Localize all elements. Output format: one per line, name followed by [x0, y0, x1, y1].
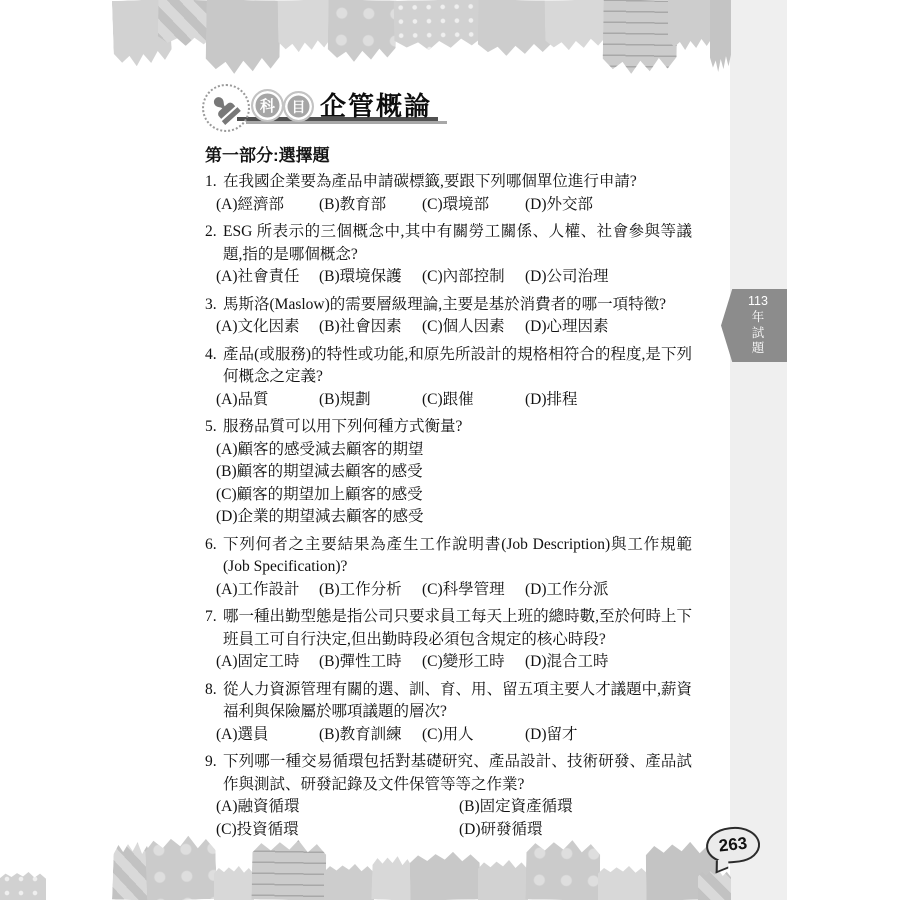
question-text: 服務品質可以用下列何種方式衡量? — [223, 418, 462, 435]
option: (D)心理因素 — [525, 316, 692, 339]
option-row: (A)顧客的感受減去顧客的期望(B)顧客的期望減去顧客的感受(C)顧客的期望加上… — [216, 439, 692, 529]
page-title: 企管概論 — [320, 86, 432, 123]
question-text: 下列何者之主要結果為產生工作說明書(Job Description)與工作規範(… — [223, 536, 692, 576]
tape-strip — [394, 0, 483, 51]
tape-strip — [278, 0, 331, 52]
question-text: ESG 所表示的三個概念中,其中有關勞工關係、人權、社會參與等議題,指的是哪個概… — [223, 223, 692, 263]
question-body: 馬斯洛(Maslow)的需要層級理論,主要是基於消費者的哪一項特徵? (A)文化… — [220, 294, 692, 339]
option: (C)內部控制 — [422, 266, 525, 289]
tape-strip — [525, 839, 600, 900]
option: (C)個人因素 — [422, 316, 525, 339]
tape-strip — [598, 866, 648, 900]
tape-strip — [371, 855, 413, 900]
option: (D)公司治理 — [525, 266, 692, 289]
question-body: 哪一種出勤型態是指公司只要求員工每天上班的總時數,至於何時上下班員工可自行決定,… — [220, 606, 692, 674]
option-row: (A)固定工時(B)彈性工時(C)變形工時(D)混合工時 — [216, 651, 692, 674]
tape-strip — [410, 851, 481, 900]
option: (A)顧客的感受減去顧客的期望 — [216, 439, 692, 462]
page-edge-band — [730, 0, 787, 900]
question-text: 在我國企業要為產品申請碳標籤,要跟下列哪個單位進行申請? — [223, 173, 637, 190]
question-text: 哪一種出勤型態是指公司只要求員工每天上班的總時數,至於何時上下班員工可自行決定,… — [223, 608, 692, 648]
tape-strip — [602, 0, 677, 75]
option-row: (A)工作設計(B)工作分析(C)科學管理(D)工作分派 — [216, 579, 692, 602]
option: (A)文化因素 — [216, 316, 319, 339]
option-row: (A)選員(B)教育訓練(C)用人(D)留才 — [216, 724, 692, 747]
option: (A)社會責任 — [216, 266, 319, 289]
option: (C)用人 — [422, 724, 525, 747]
exam-page: 科 目 企管概論 第一部分:選擇題 1. 在我國企業要為產品申請碳標籤,要跟下列… — [0, 0, 900, 900]
question-body: ESG 所表示的三個概念中,其中有關勞工關係、人權、社會參與等議題,指的是哪個概… — [220, 221, 692, 289]
option-row: (A)品質(B)規劃(C)跟催(D)排程 — [216, 389, 692, 412]
question-body: 從人力資源管理有關的選、訓、育、用、留五項主要人才議題中,薪資福利與保險屬於哪項… — [220, 679, 692, 747]
option: (B)固定資產循環 — [459, 796, 692, 819]
question-row: 6. 下列何者之主要結果為產生工作說明書(Job Description)與工作… — [205, 534, 692, 602]
question-row: 7. 哪一種出勤型態是指公司只要求員工每天上班的總時數,至於何時上下班員工可自行… — [205, 606, 692, 674]
option: (B)規劃 — [319, 389, 422, 412]
option: (D)混合工時 — [525, 651, 692, 674]
question-row: 2. ESG 所表示的三個概念中,其中有關勞工關係、人權、社會參與等議題,指的是… — [205, 221, 692, 289]
option: (B)彈性工時 — [319, 651, 422, 674]
option-row: (A)融資循環(B)固定資產循環(C)投資循環(D)研發循環 — [216, 796, 692, 841]
question-text: 馬斯洛(Maslow)的需要層級理論,主要是基於消費者的哪一項特徵? — [223, 296, 666, 313]
question-text: 下列哪一種交易循環包括對基礎研究、產品設計、技術研發、產品試作與測試、研發記錄及… — [223, 753, 692, 793]
tape-strip — [327, 0, 396, 63]
question-row: 9. 下列哪一種交易循環包括對基礎研究、產品設計、技術研發、產品試作與測試、研發… — [205, 751, 692, 841]
subject-badge: 目 — [283, 91, 314, 122]
tape-strip — [710, 0, 731, 72]
stamp-icon — [202, 84, 250, 132]
question-text: 從人力資源管理有關的選、訓、育、用、留五項主要人才議題中,薪資福利與保險屬於哪項… — [223, 681, 692, 721]
option: (C)環境部 — [422, 194, 525, 217]
option: (B)教育訓練 — [319, 724, 422, 747]
option: (B)環境保護 — [319, 266, 422, 289]
option: (B)顧客的期望減去顧客的感受 — [216, 461, 692, 484]
tape-strip — [214, 866, 254, 900]
question-body: 在我國企業要為產品申請碳標籤,要跟下列哪個單位進行申請? (A)經濟部(B)教育… — [220, 171, 692, 216]
tape-strip — [478, 0, 553, 57]
section-title: 第一部分:選擇題 — [205, 141, 330, 166]
option: (B)工作分析 — [319, 579, 422, 602]
option: (C)科學管理 — [422, 579, 525, 602]
year-tab-number: 113 — [748, 294, 768, 310]
question-row: 8. 從人力資源管理有關的選、訓、育、用、留五項主要人才議題中,薪資福利與保險屬… — [205, 679, 692, 747]
tape-strip — [324, 864, 374, 900]
year-tab-label: 年試題 — [752, 310, 765, 357]
option: (D)工作分派 — [525, 579, 692, 602]
option: (D)研發循環 — [459, 819, 692, 842]
tape-strip — [545, 0, 606, 51]
option: (A)工作設計 — [216, 579, 319, 602]
subject-badge: 科 — [251, 89, 284, 122]
option: (B)教育部 — [319, 194, 422, 217]
question-body: 下列何者之主要結果為產生工作說明書(Job Description)與工作規範(… — [220, 534, 692, 602]
option-row: (A)文化因素(B)社會因素(C)個人因素(D)心理因素 — [216, 316, 692, 339]
question-row: 3. 馬斯洛(Maslow)的需要層級理論,主要是基於消費者的哪一項特徵? (A… — [205, 294, 692, 339]
option-row: (A)社會責任(B)環境保護(C)內部控制(D)公司治理 — [216, 266, 692, 289]
question-body: 下列哪一種交易循環包括對基礎研究、產品設計、技術研發、產品試作與測試、研發記錄及… — [220, 751, 692, 841]
tape-strip — [251, 839, 326, 900]
option: (D)外交部 — [525, 194, 692, 217]
option: (C)跟催 — [422, 389, 525, 412]
tape-strip — [0, 872, 46, 900]
option: (B)社會因素 — [319, 316, 422, 339]
bubble-tail — [716, 856, 729, 874]
question-row: 4. 產品(或服務)的特性或功能,和原先所設計的規格相符合的程度,是下列何概念之… — [205, 344, 692, 412]
option: (D)企業的期望減去顧客的感受 — [216, 506, 692, 529]
question-text: 產品(或服務)的特性或功能,和原先所設計的規格相符合的程度,是下列何概念之定義? — [223, 346, 692, 386]
option: (C)投資循環 — [216, 819, 459, 842]
question-body: 產品(或服務)的特性或功能,和原先所設計的規格相符合的程度,是下列何概念之定義?… — [220, 344, 692, 412]
option: (A)經濟部 — [216, 194, 319, 217]
question-body: 服務品質可以用下列何種方式衡量? (A)顧客的感受減去顧客的期望(B)顧客的期望… — [220, 416, 692, 529]
tape-strip — [478, 860, 528, 900]
option: (C)顧客的期望加上顧客的感受 — [216, 484, 692, 507]
question-row: 1. 在我國企業要為產品申請碳標籤,要跟下列哪個單位進行申請? (A)經濟部(B… — [205, 171, 692, 216]
option: (A)品質 — [216, 389, 319, 412]
option: (A)選員 — [216, 724, 319, 747]
option: (A)固定工時 — [216, 651, 319, 674]
option: (C)變形工時 — [422, 651, 525, 674]
question-list: 1. 在我國企業要為產品申請碳標籤,要跟下列哪個單位進行申請? (A)經濟部(B… — [205, 171, 692, 846]
option-row: (A)經濟部(B)教育部(C)環境部(D)外交部 — [216, 194, 692, 217]
option: (A)融資循環 — [216, 796, 459, 819]
tape-strip — [668, 0, 712, 50]
option: (D)留才 — [525, 724, 692, 747]
page-number: 263 — [718, 834, 748, 857]
tape-strip — [112, 841, 152, 900]
option: (D)排程 — [525, 389, 692, 412]
question-row: 5. 服務品質可以用下列何種方式衡量? (A)顧客的感受減去顧客的期望(B)顧客… — [205, 416, 692, 529]
tape-strip — [205, 0, 280, 75]
year-tab: 113 年試題 — [721, 289, 787, 362]
